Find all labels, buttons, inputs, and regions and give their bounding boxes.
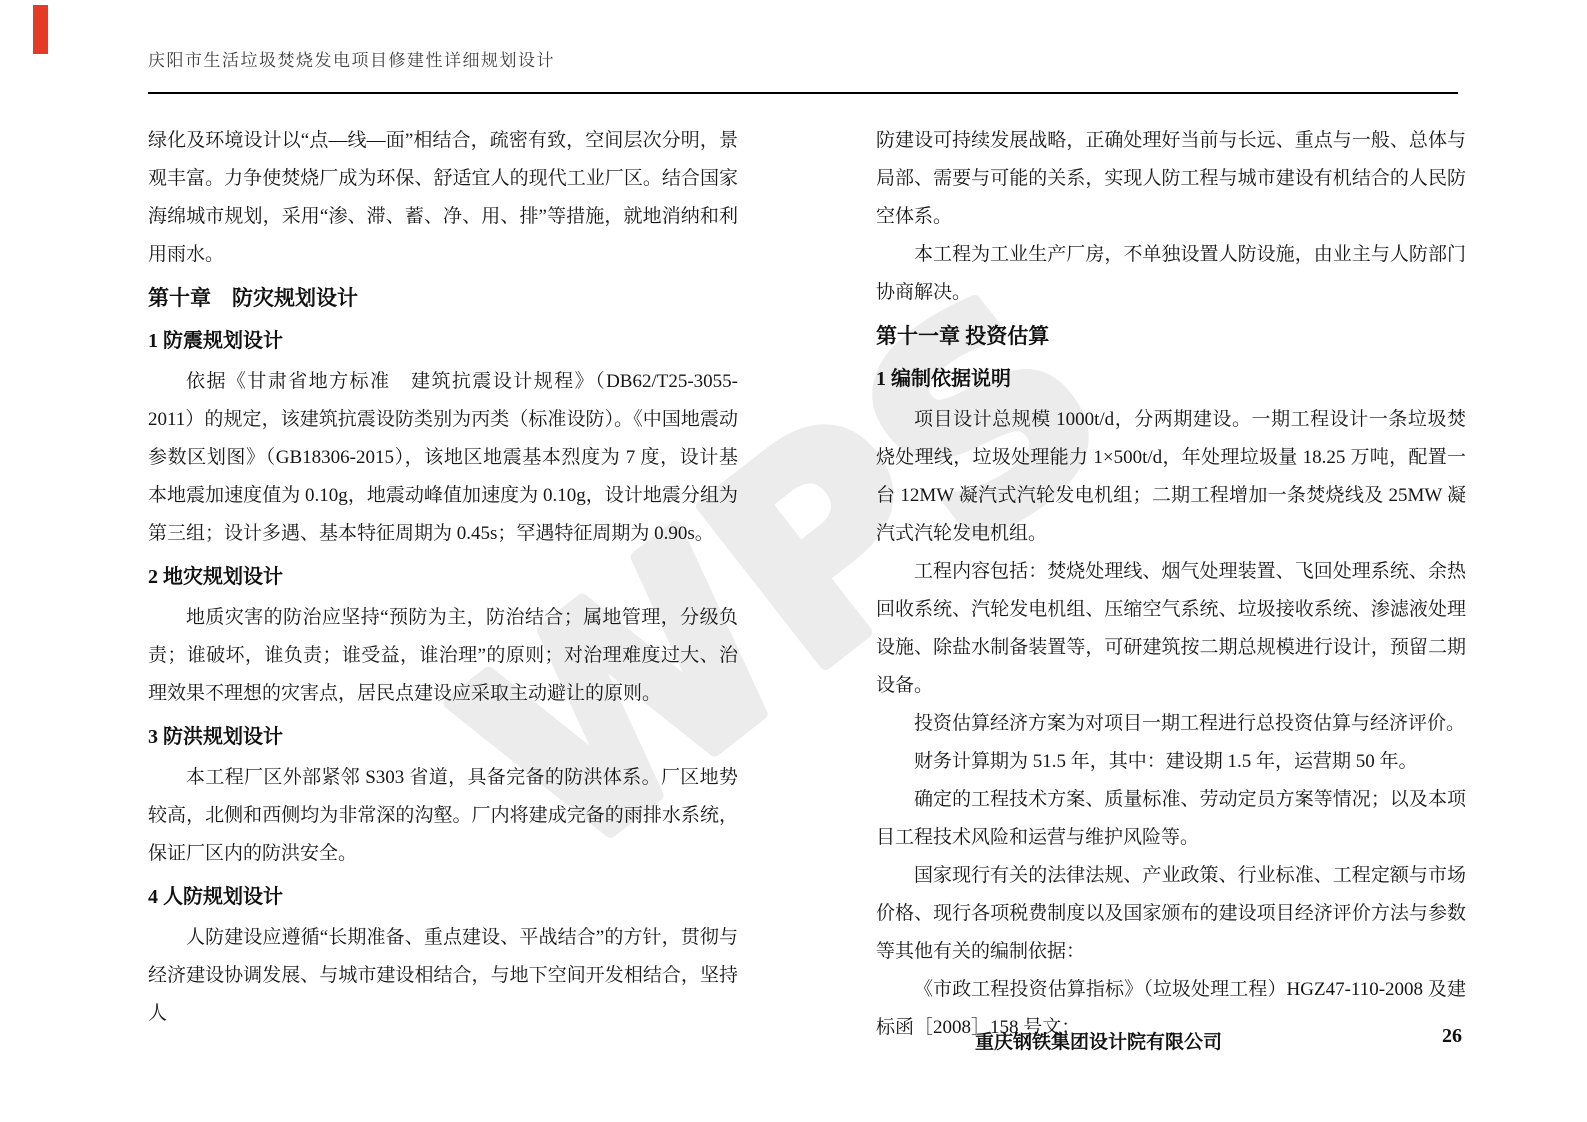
paragraph: 绿化及环境设计以“点—线—面”相结合，疏密有致，空间层次分明，景观丰富。力争使焚… [148, 122, 738, 274]
header-divider [148, 92, 1458, 94]
right-column: 防建设可持续发展战略，正确处理好当前与长远、重点与一般、总体与局部、需要与可能的… [876, 122, 1466, 1047]
paragraph: 本工程为工业生产厂房，不单独设置人防设施，由业主与人防部门协商解决。 [876, 236, 1466, 312]
paragraph: 依据《甘肃省地方标准 建筑抗震设计规程》（DB62/T25-3055-2011）… [148, 363, 738, 553]
paragraph: 项目设计总规模 1000t/d，分两期建设。一期工程设计一条垃圾焚烧处理线，垃圾… [876, 401, 1466, 553]
chapter-heading: 第十章 防灾规划设计 [148, 279, 738, 317]
paragraph: 人防建设应遵循“长期准备、重点建设、平战结合”的方针，贯彻与经济建设协调发展、与… [148, 919, 738, 1033]
paragraph: 投资估算经济方案为对项目一期工程进行总投资估算与经济评价。 [876, 705, 1466, 743]
paragraph: 本工程厂区外部紧邻 S303 省道，具备完备的防洪体系。厂区地势较高，北侧和西侧… [148, 759, 738, 873]
section-heading: 4 人防规划设计 [148, 878, 738, 916]
paragraph: 《市政工程投资估算指标》（垃圾处理工程）HGZ47-110-2008 及建标函［… [876, 971, 1466, 1047]
document-page: 庆阳市生活垃圾焚烧发电项目修建性详细规划设计 WPS 绿化及环境设计以“点—线—… [0, 0, 1587, 1122]
paragraph: 国家现行有关的法律法规、产业政策、行业标准、工程定额与市场价格、现行各项税费制度… [876, 857, 1466, 971]
left-column: 绿化及环境设计以“点—线—面”相结合，疏密有致，空间层次分明，景观丰富。力争使焚… [148, 122, 738, 1033]
red-edge-marker [33, 5, 48, 54]
chapter-heading: 第十一章 投资估算 [876, 317, 1466, 355]
paragraph: 地质灾害的防治应坚持“预防为主，防治结合；属地管理，分级负责；谁破坏，谁负责；谁… [148, 599, 738, 713]
paragraph: 工程内容包括：焚烧处理线、烟气处理装置、飞回处理系统、余热回收系统、汽轮发电机组… [876, 553, 1466, 705]
section-heading: 2 地灾规划设计 [148, 558, 738, 596]
paragraph: 财务计算期为 51.5 年，其中：建设期 1.5 年，运营期 50 年。 [876, 743, 1466, 781]
paragraph: 确定的工程技术方案、质量标准、劳动定员方案等情况；以及本项目工程技术风险和运营与… [876, 781, 1466, 857]
section-heading: 1 防震规划设计 [148, 322, 738, 360]
document-header-title: 庆阳市生活垃圾焚烧发电项目修建性详细规划设计 [148, 46, 1048, 71]
section-heading: 3 防洪规划设计 [148, 718, 738, 756]
section-heading: 1 编制依据说明 [876, 360, 1466, 398]
paragraph: 防建设可持续发展战略，正确处理好当前与长远、重点与一般、总体与局部、需要与可能的… [876, 122, 1466, 236]
